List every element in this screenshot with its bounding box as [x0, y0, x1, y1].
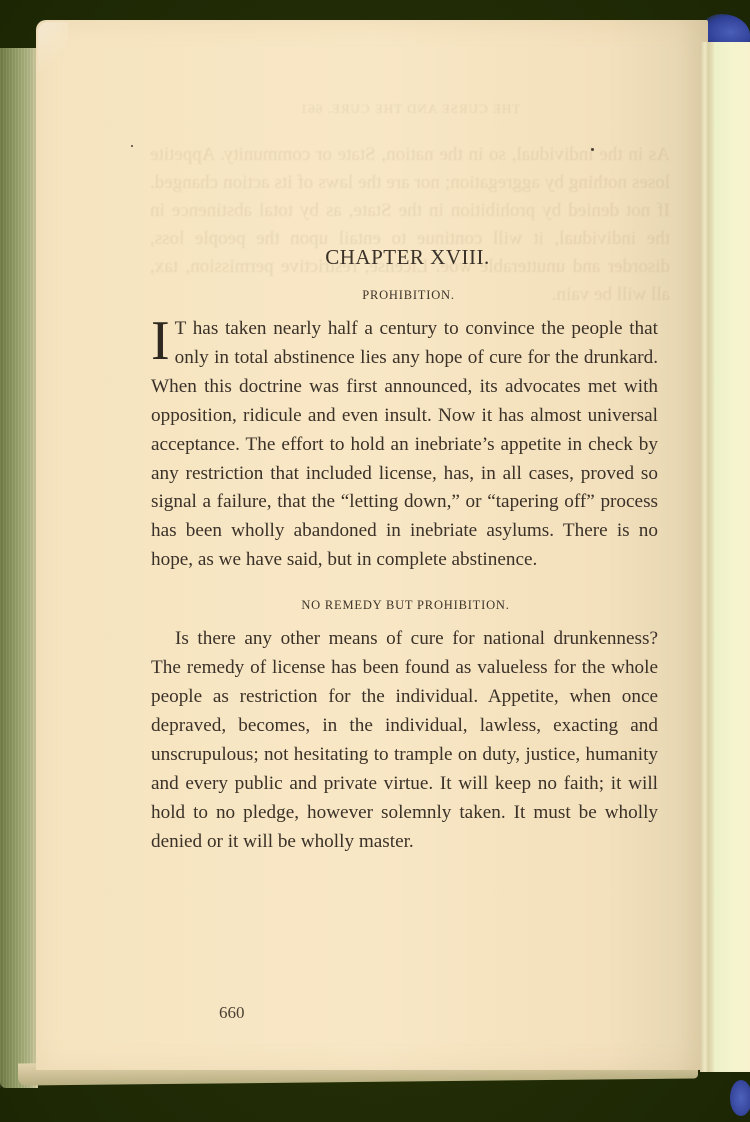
subheading-no-remedy: NO REMEDY BUT PROHIBITION. [151, 597, 658, 613]
page-gutter [700, 42, 714, 1072]
paragraph-intro-text: T has taken nearly half a century to con… [151, 318, 658, 570]
page-number: 660 [219, 1003, 245, 1023]
facing-page-sliver [712, 42, 750, 1072]
page-block-left-edge [0, 48, 38, 1088]
paper-speck [131, 145, 133, 147]
paper-speck [591, 148, 594, 151]
page-text-block: CHAPTER XVIII. PROHIBITION. IT has taken… [151, 243, 658, 856]
paragraph-intro: IT has taken nearly half a century to co… [151, 315, 658, 575]
chapter-title: CHAPTER XVIII. [151, 243, 658, 271]
drop-cap: I [151, 318, 170, 364]
paragraph-remedy: Is there any other means of cure for nat… [151, 625, 658, 856]
binding-cloth-bottom [730, 1080, 750, 1116]
section-title: PROHIBITION. [151, 287, 658, 303]
